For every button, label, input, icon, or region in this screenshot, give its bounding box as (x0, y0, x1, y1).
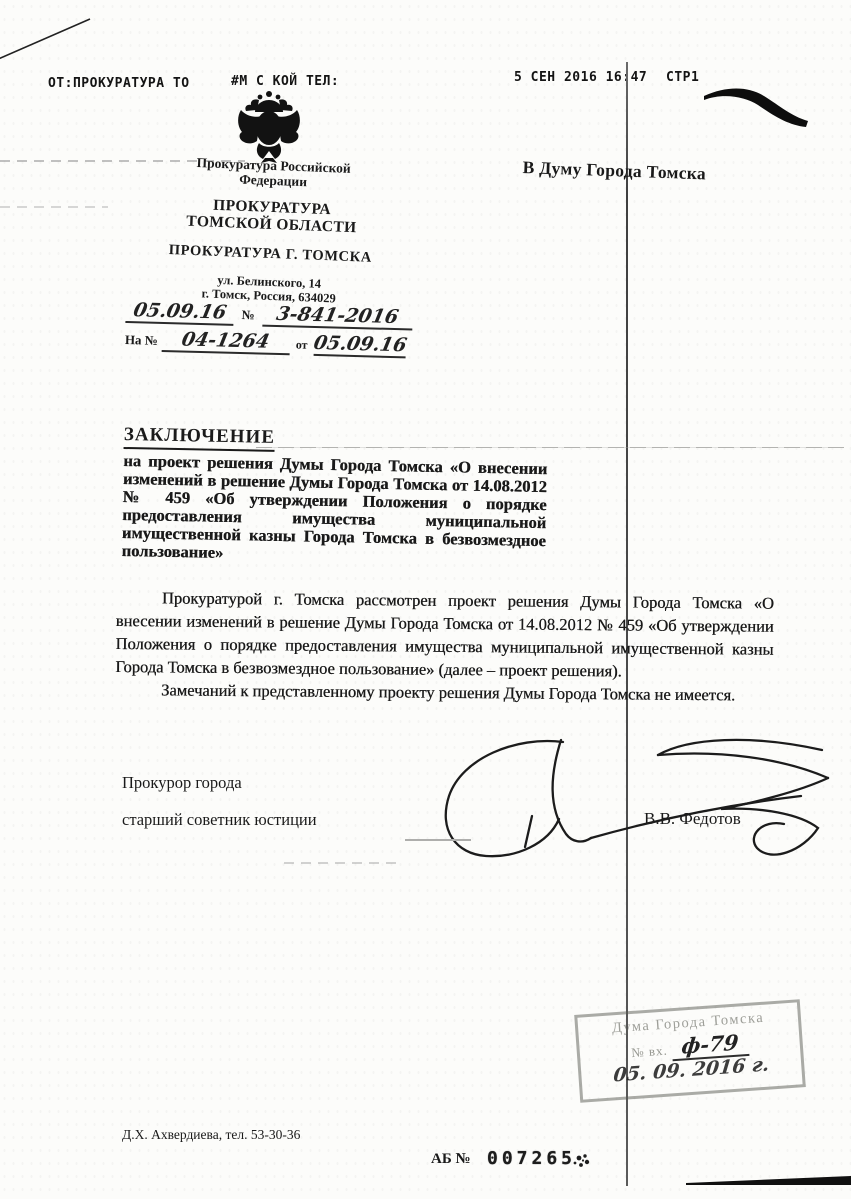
scanned-fax-document: ОТ:ПРОКУРАТУРА ТО #М С КОЙ ТЕЛ: 5 СЕН 20… (0, 0, 851, 1199)
document-title: ЗАКЛЮЧЕНИЕ (124, 424, 276, 452)
ink-splatter-icon (570, 1150, 596, 1176)
stamp-incoming-number-handwritten: ф-79 (680, 1029, 739, 1058)
recipient-address: В Думу Города Томска (522, 157, 743, 186)
scan-artifact-dashes-left (0, 206, 108, 208)
reply-number-handwritten: 04-1264 (180, 329, 272, 353)
body-paragraph-1: Прокуратурой г. Томска рассмотрен проект… (115, 586, 774, 684)
stamp-incoming-label: № вх. (631, 1043, 669, 1061)
number-sign-label: № (241, 307, 254, 322)
reply-to-label: На № (125, 332, 158, 348)
russia-coat-of-arms-eagle-icon (235, 88, 303, 164)
reference-block: 05.09.16 № 3-841-2016 На № 04-1264 от 05… (125, 299, 456, 360)
letterhead: Прокуратура Российской Федерации ПРОКУРА… (123, 152, 420, 308)
reply-date-handwritten: 05.09.16 (311, 332, 408, 356)
signature-flourish (420, 700, 851, 870)
signer-position-line1: Прокурор города (122, 773, 242, 793)
reply-reference-line: На № 04-1264 от 05.09.16 (125, 327, 456, 360)
outgoing-number-handwritten: 3-841-2016 (275, 303, 401, 328)
outgoing-date-handwritten: 05.09.16 (131, 299, 228, 323)
scan-artifact-gray-line (405, 839, 471, 841)
document-title-block: ЗАКЛЮЧЕНИЕ на проект решения Думы Города… (121, 424, 548, 568)
document-subject: на проект решения Думы Города Томска «О … (121, 452, 547, 568)
reply-from-label: от (296, 337, 308, 351)
fax-sender: ОТ:ПРОКУРАТУРА ТО (48, 76, 190, 91)
scan-artifact-dashes-bottom (284, 862, 402, 864)
signer-position-line2: старший советник юстиции (122, 810, 317, 830)
incoming-registration-stamp: Дума Города Томска № вх. ф-79 05. 09. 20… (574, 999, 806, 1103)
scan-artifact-bottom-bar (686, 1175, 851, 1189)
scan-artifact-ink-swoosh (696, 80, 821, 135)
executor-contact: Д.Х. Ахвердиева, тел. 53-30-36 (122, 1127, 300, 1143)
fax-center-text: #М С КОЙ ТЕЛ: (231, 74, 339, 89)
document-body: Прокуратурой г. Томска рассмотрен проект… (115, 586, 774, 707)
letterhead-city-prosecutor: ПРОКУРАТУРА Г. ТОМСКА (124, 240, 416, 268)
fax-page-number: СТР1 (666, 70, 699, 85)
scan-artifact-diagonal-line (0, 0, 110, 70)
form-number: 007265 (487, 1148, 576, 1169)
form-series-label: АБ № (431, 1151, 471, 1168)
